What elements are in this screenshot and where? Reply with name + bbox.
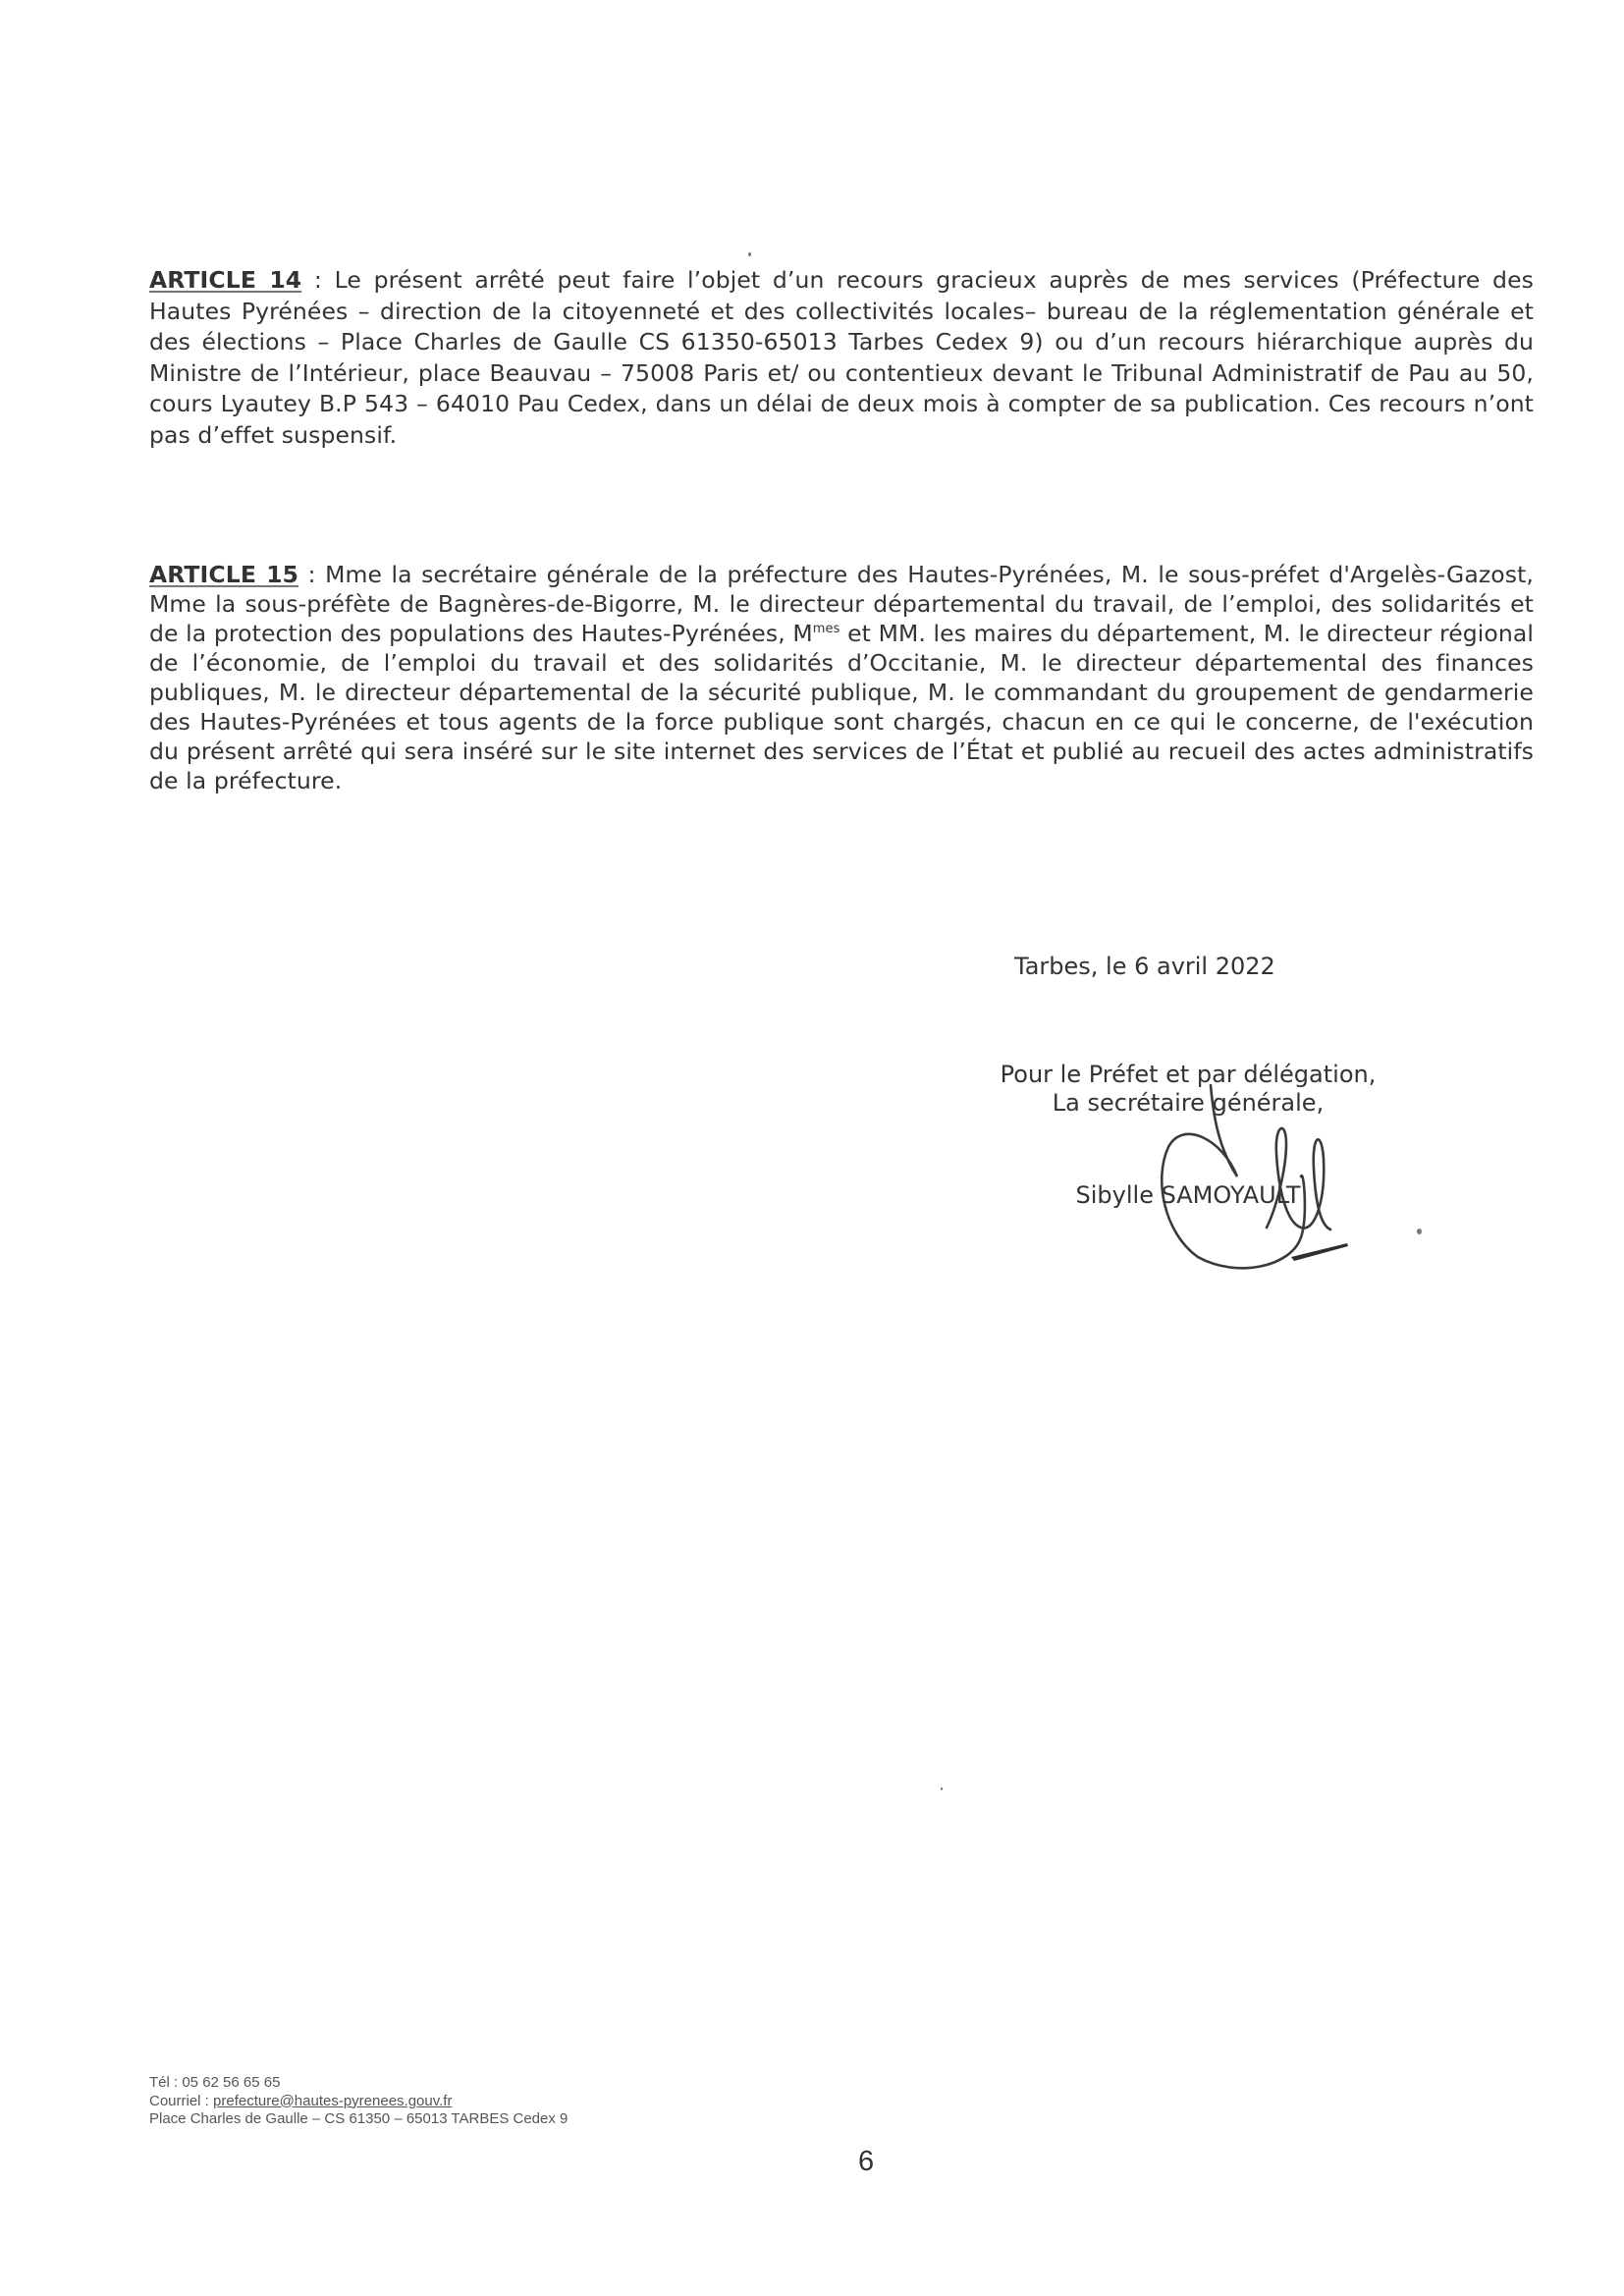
article-14-text: Le présent arrêté peut faire l’objet d’u… bbox=[149, 266, 1534, 449]
footer-address: Place Charles de Gaulle – CS 61350 – 650… bbox=[149, 2110, 568, 2129]
article-15-separator: : bbox=[298, 561, 325, 588]
delegation-line-1: Pour le Préfet et par délégation, bbox=[943, 1061, 1434, 1089]
scan-speck bbox=[941, 1787, 943, 1790]
scan-speck bbox=[1417, 1229, 1422, 1234]
footer-email-link[interactable]: prefecture@hautes-pyrenees.gouv.fr bbox=[213, 2093, 452, 2109]
scan-speck bbox=[748, 252, 751, 256]
article-14-separator: : bbox=[301, 266, 334, 294]
article-15-superscript: mes bbox=[813, 622, 840, 636]
footer-email-label: Courriel : bbox=[149, 2093, 213, 2109]
page-number: 6 bbox=[858, 2146, 874, 2178]
article-15: ARTICLE 15 : Mme la secrétaire générale … bbox=[149, 560, 1534, 795]
place-date: Tarbes, le 6 avril 2022 bbox=[1014, 953, 1275, 981]
article-14: ARTICLE 14 : Le présent arrêté peut fair… bbox=[149, 265, 1534, 452]
article-15-label: ARTICLE 15 bbox=[149, 561, 298, 588]
delegation-line-2: La secrétaire générale, bbox=[943, 1089, 1434, 1118]
signer-name: Sibylle SAMOYAULT bbox=[943, 1181, 1434, 1210]
footer-phone: Tél : 05 62 56 65 65 bbox=[149, 2074, 568, 2093]
article-14-label: ARTICLE 14 bbox=[149, 266, 301, 294]
delegation-block: Pour le Préfet et par délégation, La sec… bbox=[943, 1061, 1434, 1118]
footer-contact: Tél : 05 62 56 65 65 Courriel : prefectu… bbox=[149, 2074, 568, 2129]
footer-email-line: Courriel : prefecture@hautes-pyrenees.go… bbox=[149, 2093, 568, 2111]
